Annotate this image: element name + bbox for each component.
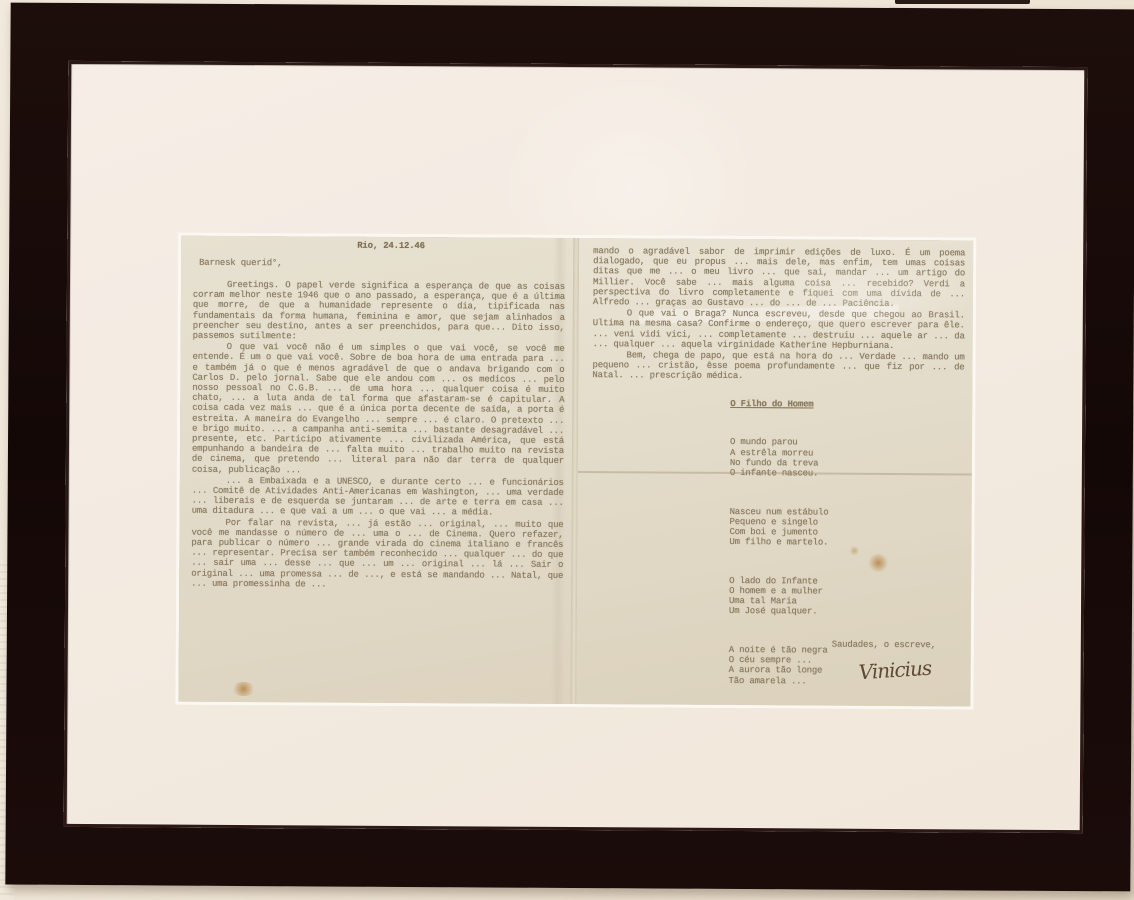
- rust-stain: [867, 554, 889, 572]
- letter-body-left: Greetings. O papel verde significa a esp…: [191, 280, 565, 592]
- handwritten-signature: Vinicius: [858, 656, 932, 685]
- paragraph: O que vai você não é um simples o que va…: [192, 342, 565, 477]
- poem-title: O Filho do Homem: [730, 399, 813, 410]
- glass-glare: [741, 249, 982, 340]
- water-stain: [230, 682, 256, 696]
- letter-page-left: Rio, 24.12.46 Barnesk querid°, Greetings…: [178, 236, 573, 704]
- mat-board: Rio, 24.12.46 Barnesk querid°, Greetings…: [68, 65, 1084, 829]
- rust-stain: [849, 546, 859, 556]
- letter-dateline: Rio, 24.12.46: [357, 241, 425, 252]
- picture-frame: Rio, 24.12.46 Barnesk querid°, Greetings…: [5, 3, 1134, 892]
- poem-stanza: A noite é tão negra O céu sempre ... A a…: [729, 645, 828, 686]
- poem: O mundo parou A estrêla morreu No fundo …: [728, 417, 829, 706]
- letter-closing: Saudades, o escreve,: [832, 640, 936, 651]
- paragraph: Greetings. O papel verde significa a esp…: [193, 280, 565, 343]
- poem-stanza: Nasceu num estábulo Pequeno e singelo Co…: [729, 507, 828, 548]
- paragraph: Bem, chega de papo, que está na hora do …: [592, 350, 964, 383]
- poem-stanza: O lado do Infante O homem e a mulher Uma…: [729, 576, 828, 617]
- letter-salutation: Barnesk querid°,: [199, 258, 282, 269]
- letter-window: Rio, 24.12.46 Barnesk querid°, Greetings…: [178, 236, 973, 707]
- paragraph: ... a Embaixada e a UNESCO, e durante ce…: [192, 476, 564, 519]
- paragraph: Por falar na revista, ... já estão ... o…: [191, 517, 563, 591]
- adjacent-frame-edge: [895, 0, 1030, 4]
